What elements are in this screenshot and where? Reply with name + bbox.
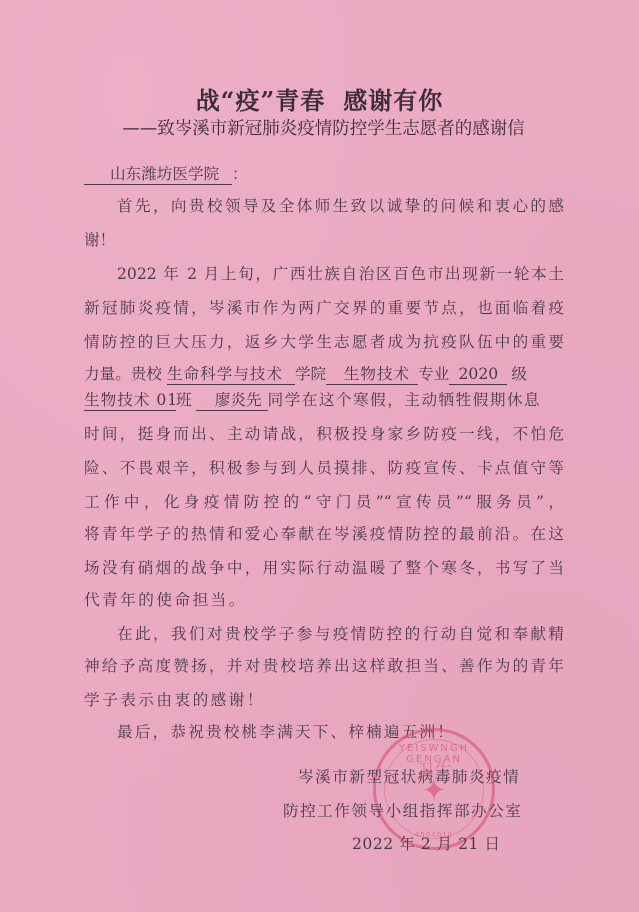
paragraph-2-line-11: 代青年的使命担当。 bbox=[84, 590, 564, 610]
class-suffix: 班 bbox=[176, 391, 192, 409]
paragraph-2-line-8: 工作中，化身疫情防控的“守门员”“宣传员”“服务员”， bbox=[84, 492, 564, 512]
paragraph-2-line-6: 时间，挺身而出、主动请战，积极投身家乡防疫一线，不怕危 bbox=[84, 424, 564, 444]
paragraph-1-line-1: 首先，向贵校领导及全体师生致以诚挚的问候和衷心的感 bbox=[117, 196, 564, 216]
letter-subtitle: ——致岑溪市新冠肺炎疫情防控学生志愿者的感谢信 bbox=[0, 117, 639, 141]
signature-org-line-2: 防控工作领导小组指挥部办公室 bbox=[283, 799, 522, 821]
paragraph-3-line-2: 神给予高度赞扬，并对贵校培养出这样敢担当、善作为的青年 bbox=[84, 656, 564, 676]
salutation: 山东潍坊医学院： bbox=[84, 164, 248, 185]
paragraph-2-line-9: 将青年学子的热情和爱心奉献在岑溪疫情防控的最前沿。在这 bbox=[84, 524, 564, 544]
paragraph-2-line-10: 场没有硝烟的战争中，用实际行动温暖了整个寒冬，书写了当 bbox=[84, 558, 564, 578]
major-suffix: 专业 bbox=[418, 365, 449, 383]
grade-field: 2020 bbox=[449, 365, 507, 385]
paragraph-2-line-3: 情防控的巨大压力，返乡大学生志愿者成为抗疫队伍中的重要 bbox=[84, 332, 564, 352]
class-field: 生物技术 01 bbox=[84, 391, 176, 411]
letter-title: 战“疫”青春感谢有你 bbox=[0, 86, 639, 116]
paragraph-2-line-7: 险、不畏艰辛，积极参与到人员摸排、防疫宣传、卡点值守等 bbox=[84, 458, 564, 478]
letter-page: 战“疫”青春感谢有你 ——致岑溪市新冠肺炎疫情防控学生志愿者的感谢信 山东潍坊医… bbox=[0, 0, 639, 912]
college-suffix: 学院 bbox=[295, 365, 326, 383]
student-name-field: 廖炎先 bbox=[196, 391, 268, 411]
paragraph-2-line-1: 2022 年 2 月上旬，广西壮族自治区百色市出现新一轮本土 bbox=[117, 264, 564, 284]
paragraph-2-line-5: 生物技术 01班廖炎先同学在这个寒假，主动牺牲假期休息 bbox=[84, 390, 564, 411]
signature-org-line-1: 岑溪市新型冠状病毒肺炎疫情 bbox=[298, 765, 520, 787]
paragraph-4-line-1: 最后，恭祝贵校桃李满天下、梓楠遍五洲！ bbox=[117, 722, 597, 742]
line-4-prefix: 力量。贵校 bbox=[84, 365, 162, 383]
paragraph-3-line-1: 在此，我们对贵校学子参与疫情防控的行动自觉和奉献精 bbox=[117, 624, 564, 644]
recipient-name: 山东潍坊医学院 bbox=[84, 165, 232, 185]
paragraph-1-line-2: 谢！ bbox=[84, 230, 564, 250]
paragraph-2-line-4: 力量。贵校 生命科学与技术学院生物技术专业2020级 bbox=[84, 364, 564, 385]
line-5-rest: 同学在这个寒假，主动牺牲假期休息 bbox=[268, 391, 542, 409]
title-part-1: 战“疫”青春 bbox=[196, 86, 326, 115]
major-field: 生物技术 bbox=[326, 365, 418, 385]
signature-date: 2022 年 2 月 21 日 bbox=[352, 832, 501, 854]
college-field: 生命科学与技术 bbox=[167, 365, 295, 385]
paragraph-3-line-3: 学子表示由衷的感谢！ bbox=[84, 690, 564, 710]
paragraph-2-line-2: 新冠肺炎疫情，岑溪市作为两广交界的重要节点，也面临着疫 bbox=[84, 298, 564, 318]
salutation-colon: ： bbox=[232, 165, 248, 183]
grade-suffix: 级 bbox=[511, 365, 527, 383]
title-part-2: 感谢有你 bbox=[343, 86, 443, 115]
